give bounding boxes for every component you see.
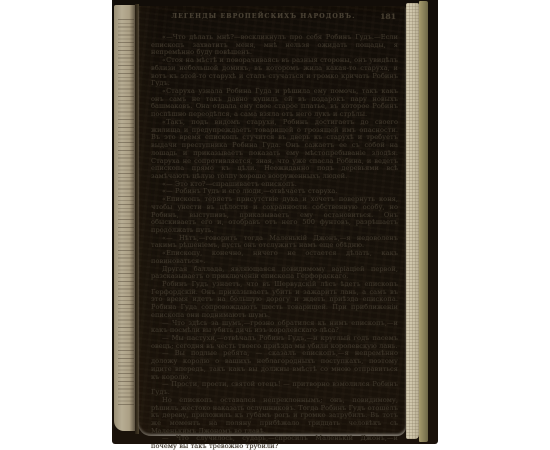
- body-paragraph: «Такъ, подъ видомъ старухи, Робинъ дости…: [151, 119, 398, 181]
- header-title: ЛЕГЕНДЫ ЕВРОПЕЙСКИХЪ НАРОДОВЪ.: [151, 13, 376, 20]
- left-page-compressed-edge: [114, 5, 136, 431]
- running-header: ЛЕГЕНДЫ ЕВРОПЕЙСКИХЪ НАРОДОВЪ. 181: [151, 13, 398, 23]
- body-paragraph: «Епископу, конечно, ничего не остается д…: [151, 250, 398, 265]
- body-paragraph: — Что случилось, сударь,—спросилъ Малень…: [151, 435, 398, 450]
- body-paragraph: — Прости, прости, святой отецъ! — притво…: [151, 381, 398, 396]
- book-cover-edge: [419, 1, 428, 442]
- body-paragraph: «Епископъ теряетъ присутствіе духа и хоч…: [151, 196, 398, 235]
- body-paragraph: «— Нѣтъ,—говоритъ тогда Маленькій Джонъ,…: [151, 235, 398, 250]
- body-paragraph: Робинъ Гудъ узнаетъ, что въ Шервудскій л…: [151, 281, 398, 320]
- body-paragraph: «Старуха узнала Робина Гуда и рѣшила ему…: [151, 88, 398, 119]
- page-block-fore-edge: [406, 3, 419, 439]
- book-photo: ЛЕГЕНДЫ ЕВРОПЕЙСКИХЪ НАРОДОВЪ. 181 «—Что…: [112, 0, 438, 444]
- text-block: «—Что дѣлать мнѣ?—воскликнулъ про себя Р…: [151, 34, 398, 450]
- body-paragraph: Другая баллада, являющаяся повидимому ва…: [151, 266, 398, 281]
- page-number: 181: [380, 12, 396, 21]
- body-paragraph: «Стоя на мѣстѣ и поворачиваясь въ разныя…: [151, 57, 398, 88]
- body-paragraph: — Вы подлые ребята, — сказалъ епископъ,—…: [151, 350, 398, 381]
- body-paragraph: «—Что дѣлать мнѣ?—воскликнулъ про себя Р…: [151, 34, 398, 57]
- body-paragraph: Но епископъ оставался непреклоннымъ; онъ…: [151, 397, 398, 436]
- book-page: ЛЕГЕНДЫ ЕВРОПЕЙСКИХЪ НАРОДОВЪ. 181 «—Что…: [138, 6, 406, 436]
- body-paragraph: — Что здѣсь за шумъ,—грозно обратился къ…: [151, 320, 398, 335]
- scan-canvas: ЛЕГЕНДЫ ЕВРОПЕЙСКИХЪ НАРОДОВЪ. 181 «—Что…: [0, 0, 550, 450]
